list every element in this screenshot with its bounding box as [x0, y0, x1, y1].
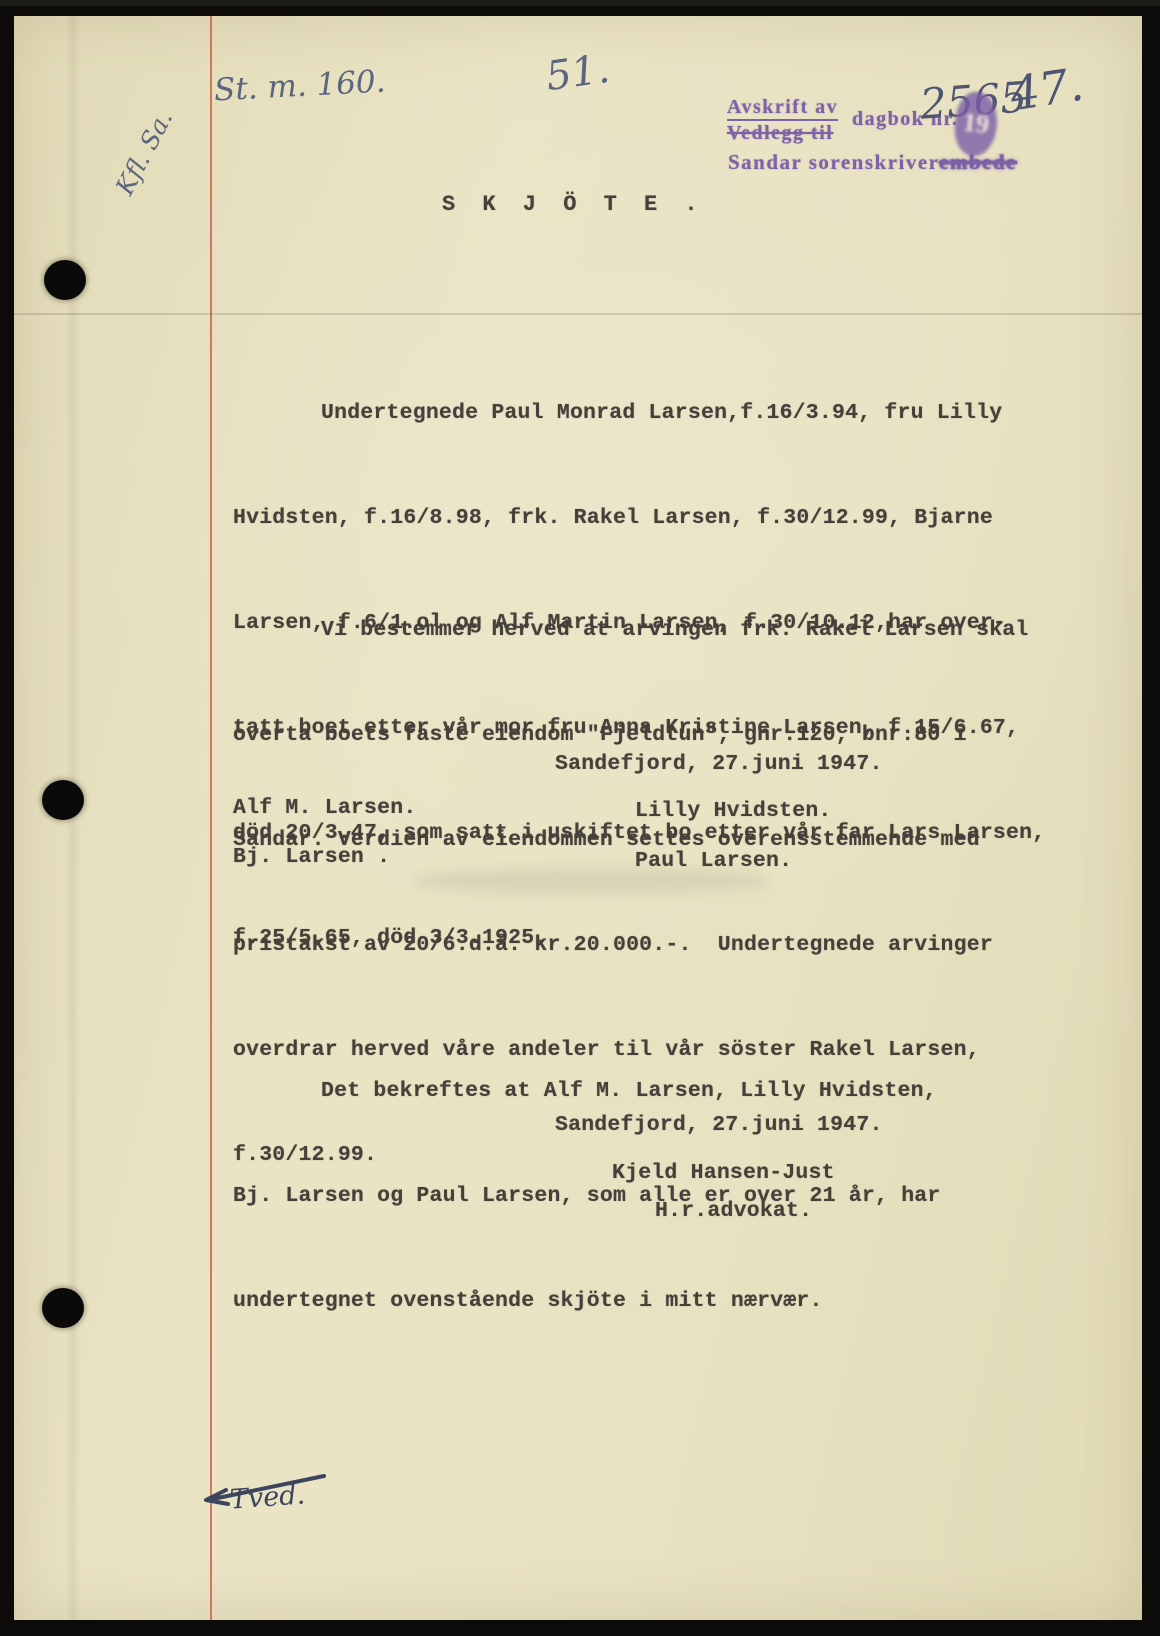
dateline-first: Sandefjord, 27.juni 1947.: [555, 752, 883, 776]
stamp-vedlegg-til: Vedlegg til: [727, 122, 833, 145]
notary-name: Kjeld Hansen-Just: [612, 1161, 835, 1185]
paragraph-line: Undertegnede Paul Monrad Larsen,f.16/3.9…: [233, 396, 1045, 431]
signature-lilly-hvidsten: Lilly Hvidsten.: [635, 799, 832, 823]
punch-hole: [42, 780, 84, 820]
document-page: St. m. 160. 51. Kfl. Sa. Avskrift av Ved…: [14, 16, 1142, 1620]
paragraph-attestation: Det bekreftes at Alf M. Larsen, Lilly Hv…: [233, 1004, 941, 1389]
stamp-office-part2: embede: [939, 150, 1017, 174]
margin-rule-red: [210, 16, 212, 1620]
document-title: S K J Ö T E .: [442, 192, 705, 217]
stamp-office-part1: Sandar sorenskriver: [728, 150, 939, 174]
dateline-second: Sandefjord, 27.juni 1947.: [555, 1113, 883, 1137]
paragraph-line: undertegnet ovenstående skjöte i mitt næ…: [233, 1284, 941, 1319]
signature-alf-larsen: Alf M. Larsen.: [233, 796, 416, 820]
paragraph-line: pristakst av 20/6.d.å. kr.20.000.-. Unde…: [233, 928, 1029, 963]
punch-hole: [42, 1288, 84, 1328]
year-handwriting: 47.: [1006, 57, 1087, 122]
paragraph-line: Vi bestemmer herved at arvingen frk. Rak…: [233, 613, 1029, 648]
bottom-mark-handwriting: Tved.: [229, 1479, 306, 1515]
stamp-office-name: Sandar sorenskriverembede: [728, 150, 1017, 175]
scanner-edge: [0, 0, 1160, 6]
signature-paul-larsen: Paul Larsen.: [635, 849, 792, 873]
signature-bj-larsen: Bj. Larsen .: [233, 845, 390, 869]
ledger-line: [14, 313, 1142, 315]
stamp-avskrift-av: Avskrift av: [727, 96, 838, 119]
paragraph-line: Hvidsten, f.16/8.98, frk. Rakel Larsen, …: [233, 501, 1045, 536]
paragraph-line: Det bekreftes at Alf M. Larsen, Lilly Hv…: [233, 1074, 941, 1109]
stamp-avskrift-text: Avskrift av: [727, 96, 838, 121]
paragraph-line: overta boets faste eiendom "Fjeldtun", g…: [233, 718, 1029, 753]
page-number-handwriting: 51.: [543, 46, 612, 100]
margin-note-handwriting: Kfl. Sa.: [110, 105, 178, 199]
notary-title: H.r.advokat.: [655, 1199, 812, 1223]
punch-hole: [44, 260, 86, 300]
archive-ref-handwriting: St. m. 160.: [213, 64, 386, 109]
